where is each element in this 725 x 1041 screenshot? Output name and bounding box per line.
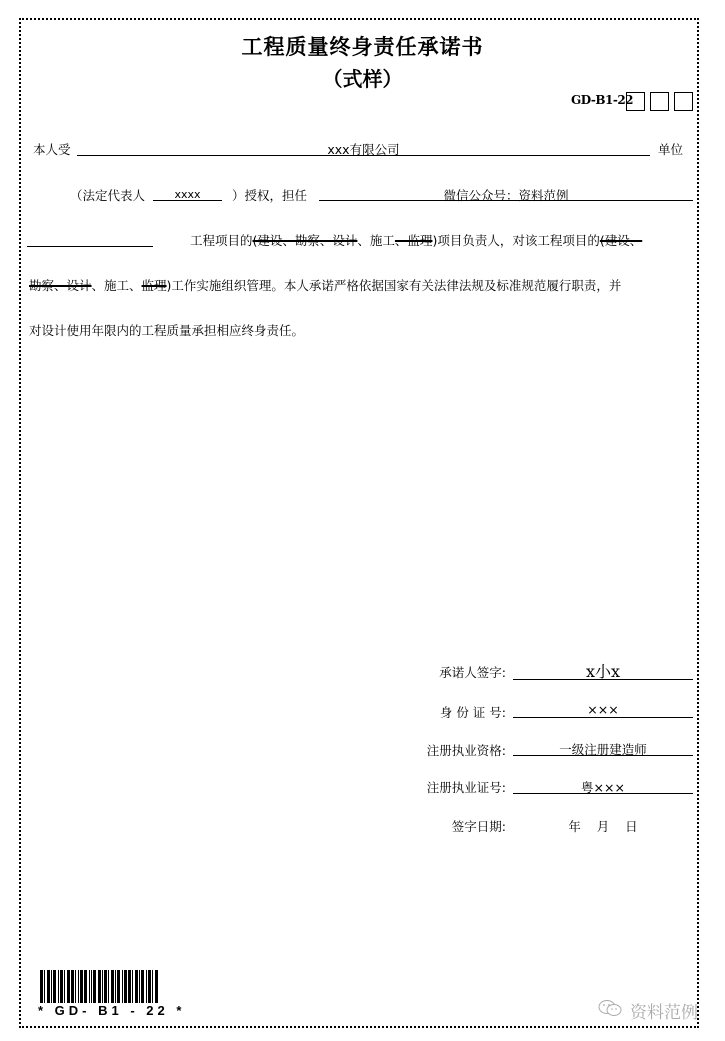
sign-date-label: 签字日期: [406, 817, 506, 835]
document-subtitle: （式样） [0, 63, 725, 92]
barcode-icon [40, 970, 162, 1003]
code-box-2[interactable] [650, 92, 669, 111]
watermark-text: 资料范例 [630, 998, 698, 1023]
id-number-label: 身 份 证 号: [406, 703, 506, 721]
license-number-field[interactable]: 粤××× [513, 778, 693, 796]
id-number-field[interactable]: ××× [513, 702, 693, 717]
line1-suffix: 单位 [658, 140, 683, 158]
line2-prefix: （法定代表人 [70, 186, 145, 204]
company-field[interactable]: xxx有限公司 [77, 140, 650, 158]
code-box-1[interactable] [626, 92, 645, 111]
sign-date-field[interactable]: 年 月 日 [513, 817, 693, 835]
barcode-text: * GD- B1 - 22 * [38, 1003, 185, 1018]
document-title: 工程质量终身责任承诺书 [0, 31, 725, 61]
form-code: GD-B1-22 [571, 93, 633, 107]
line1-prefix: 本人受 [33, 140, 71, 158]
code-box-3[interactable] [674, 92, 693, 111]
wechat-icon [598, 999, 624, 1017]
id-number-underline [513, 717, 693, 718]
qualification-label: 注册执业资格: [406, 741, 506, 759]
representative-field[interactable]: xxxx [153, 188, 222, 201]
project-field[interactable]: 微信公众号：资料范例 [319, 186, 693, 204]
line2-middle: ）授权，担任 [232, 186, 307, 204]
signer-label: 承诺人签字: [406, 663, 506, 681]
paragraph-line5: 对设计使用年限内的工程质量承担相应终身责任。 [29, 321, 304, 339]
paragraph-line4: 勘察、设计、施工、监理)工作实施组织管理。本人承诺严格依据国家有关法律法规及标准… [29, 276, 621, 294]
signer-field[interactable]: x小x [513, 659, 693, 682]
paragraph-line3: 工程项目的(建设、勘察、设计、施工、监理)项目负责人，对该工程项目的(建设、 [190, 231, 642, 249]
qualification-field[interactable]: 一级注册建造师 [513, 740, 693, 758]
license-number-label: 注册执业证号: [406, 778, 506, 796]
project-blank-underline[interactable] [27, 246, 153, 247]
page-border [19, 18, 699, 1028]
